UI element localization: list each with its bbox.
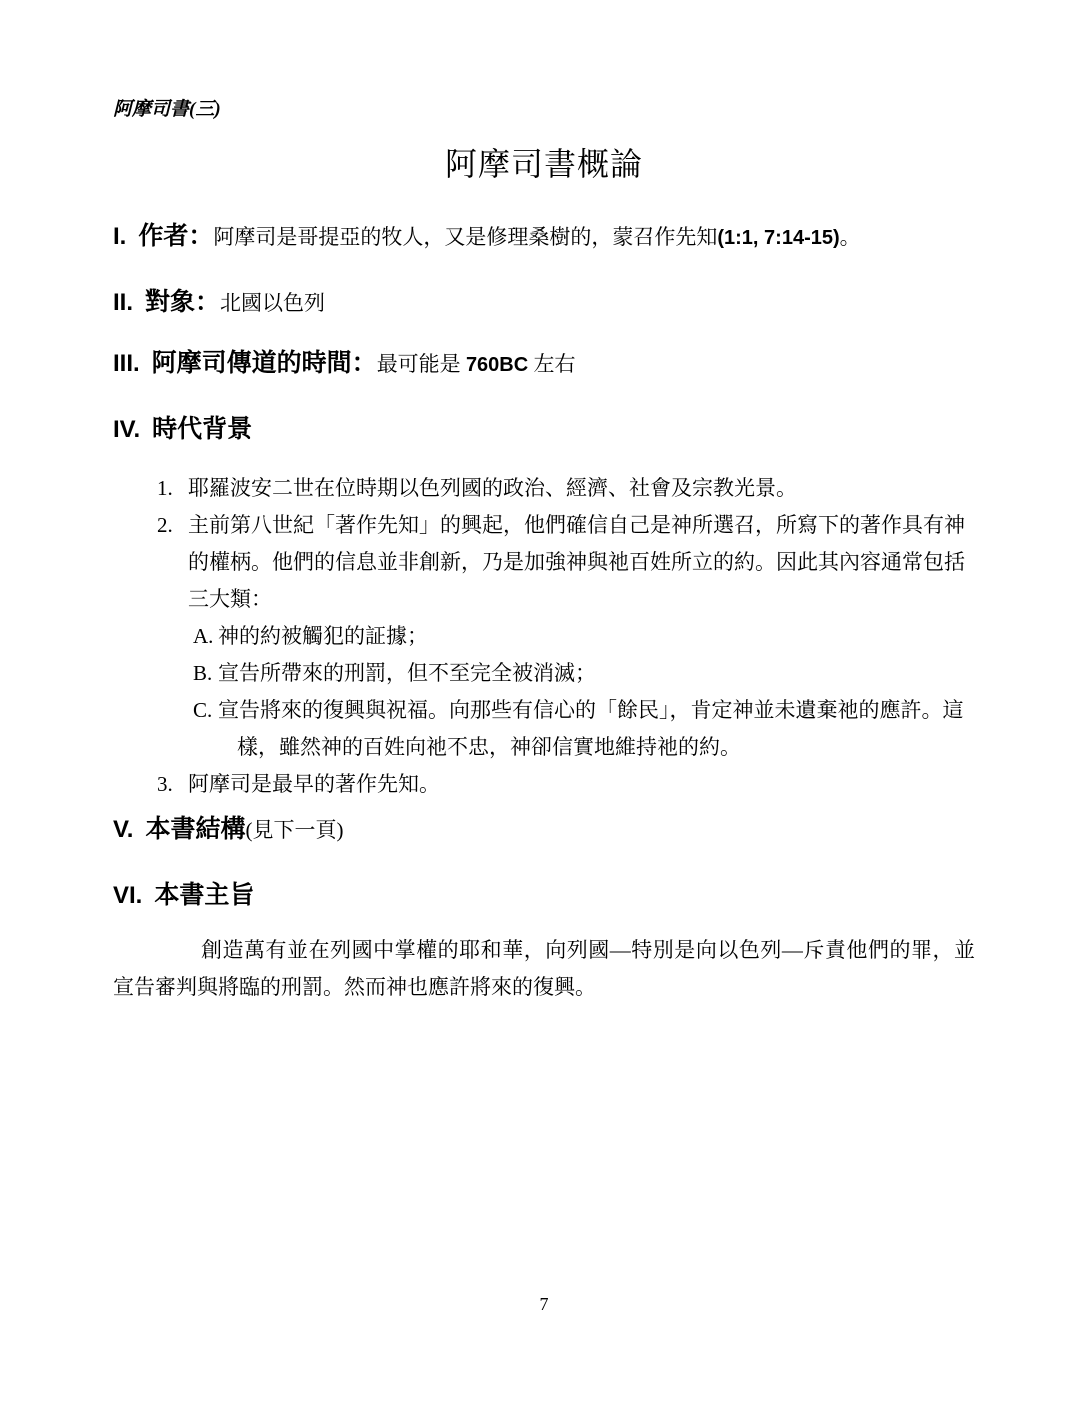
list-marker: 3.	[157, 766, 173, 803]
sub-item-marker: A.	[193, 618, 213, 655]
section-heading: 本書結構	[145, 816, 245, 843]
section-numeral: I.	[113, 223, 126, 250]
section-time: III.阿摩司傳道的時間：最可能是 760BC 左右	[113, 347, 975, 382]
document-page: 阿摩司書(三) 阿摩司書概論 I.作者：阿摩司是哥提亞的牧人，又是修理桑樹的，蒙…	[0, 0, 1088, 1408]
section-numeral: III.	[113, 350, 140, 377]
list-item-3: 3. 阿摩司是最早的著作先知。	[113, 766, 975, 803]
page-title: 阿摩司書概論	[113, 144, 975, 184]
section-heading: 本書主旨	[154, 882, 254, 909]
section-heading: 對象：	[145, 289, 220, 316]
sub-item-a: A. 神的約被觸犯的証據；	[113, 618, 975, 655]
list-marker: 1.	[157, 470, 173, 507]
header-note: 阿摩司書(三)	[113, 98, 975, 122]
list-item-text: 阿摩司是最早的著作先知。	[188, 772, 440, 796]
sub-item-text: 宣告所帶來的刑罰，但不至完全被消滅；	[218, 661, 596, 685]
date-value: 760BC	[466, 354, 528, 376]
section-heading: 作者：	[138, 223, 213, 250]
section-structure: V.本書結構(見下一頁)	[113, 813, 975, 847]
section-heading: 阿摩司傳道的時間：	[152, 350, 377, 377]
section-body: 最可能是	[377, 352, 466, 376]
section-background: IV.時代背景	[113, 413, 975, 447]
section-note: (見下一頁)	[246, 818, 344, 842]
section-body-tail: 左右	[528, 352, 575, 376]
section-numeral: VI.	[113, 882, 142, 909]
section-body-tail: 。	[840, 225, 861, 249]
sub-item-marker: C.	[193, 692, 212, 729]
section-numeral: V.	[113, 816, 133, 843]
list-marker: 2.	[157, 507, 173, 544]
scripture-ref: (1:1, 7:14-15)	[717, 227, 839, 249]
list-item-2: 2. 主前第八世紀「著作先知」的興起，他們確信自己是神所選召，所寫下的著作具有神…	[113, 507, 975, 618]
page-number: 7	[0, 1293, 1088, 1315]
section-body: 北國以色列	[220, 291, 325, 315]
section-audience: II.對象：北國以色列	[113, 286, 975, 320]
section-theme: VI.本書主旨	[113, 879, 975, 913]
section-author: I.作者：阿摩司是哥提亞的牧人，又是修理桑樹的，蒙召作先知(1:1, 7:14-…	[113, 220, 975, 255]
sub-item-marker: B.	[193, 655, 212, 692]
list-item-1: 1. 耶羅波安二世在位時期以色列國的政治、經濟、社會及宗教光景。	[113, 470, 975, 507]
sub-item-b: B. 宣告所帶來的刑罰，但不至完全被消滅；	[113, 655, 975, 692]
sub-item-c: C. 宣告將來的復興與祝福。向那些有信心的「餘民」，肯定神並未遺棄祂的應許。這樣…	[113, 692, 975, 766]
summary-paragraph: 創造萬有並在列國中掌權的耶和華，向列國—特別是向以色列—斥責他們的罪，並宣告審判…	[113, 932, 975, 1006]
list-item-text: 主前第八世紀「著作先知」的興起，他們確信自己是神所選召，所寫下的著作具有神的權柄…	[188, 513, 965, 611]
list-item-text: 耶羅波安二世在位時期以色列國的政治、經濟、社會及宗教光景。	[188, 476, 797, 500]
section-numeral: IV.	[113, 416, 140, 443]
background-list: 1. 耶羅波安二世在位時期以色列國的政治、經濟、社會及宗教光景。 2. 主前第八…	[113, 470, 975, 803]
section-heading: 時代背景	[152, 416, 252, 443]
sub-item-text: 神的約被觸犯的証據；	[218, 624, 428, 648]
section-body: 阿摩司是哥提亞的牧人，又是修理桑樹的，蒙召作先知	[213, 225, 717, 249]
section-numeral: II.	[113, 289, 133, 316]
sub-item-text: 宣告將來的復興與祝福。向那些有信心的「餘民」，肯定神並未遺棄祂的應許。這樣，雖然…	[218, 698, 964, 759]
page-content: 阿摩司書(三) 阿摩司書概論 I.作者：阿摩司是哥提亞的牧人，又是修理桑樹的，蒙…	[0, 0, 1088, 1006]
